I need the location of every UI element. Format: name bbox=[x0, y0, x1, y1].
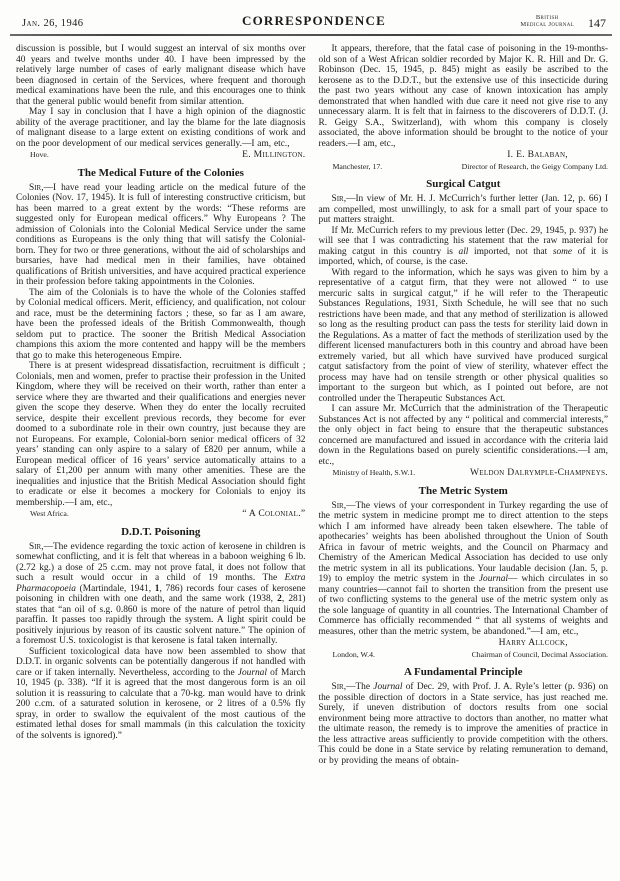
letter-section: Surgical CatgutSir,—In view of Mr. H. J.… bbox=[319, 178, 609, 479]
letter-section: It appears, therefore, that the fatal ca… bbox=[319, 44, 609, 172]
page-number: 147 bbox=[588, 17, 606, 29]
issue-date: Jan. 26, 1946 bbox=[22, 18, 83, 29]
letter-paragraph: I can assure Mr. McCurrich that the admi… bbox=[319, 404, 609, 467]
letter-paragraph: It appears, therefore, that the fatal ca… bbox=[319, 44, 609, 149]
signature-row: Manchester, 17.Director of Research, the… bbox=[319, 162, 609, 173]
two-column-layout: discussion is possible, but I would sugg… bbox=[0, 36, 620, 768]
letter-paragraph: Sir,—The Journal of Dec. 29, with Prof. … bbox=[319, 682, 609, 766]
signature-row: Ministry of Health, S.W.1.Weldon Dalrymp… bbox=[319, 468, 609, 479]
signature-name-row: Harry Allcock, bbox=[319, 638, 609, 649]
signature-name: E. Millington. bbox=[242, 150, 305, 161]
letter-paragraph: discussion is possible, but I would sugg… bbox=[16, 44, 306, 107]
letter-section: D.D.T. PoisoningSir,—The evidence regard… bbox=[16, 526, 306, 742]
signature-role: Director of Research, the Geigy Company … bbox=[462, 162, 608, 173]
signature-name: Harry Allcock, bbox=[499, 637, 568, 648]
signature-row: London, W.4.Chairman of Council, Decimal… bbox=[319, 650, 609, 661]
left-column: discussion is possible, but I would sugg… bbox=[16, 44, 306, 768]
letter-section: A Fundamental PrincipleSir,—The Journal … bbox=[319, 666, 609, 766]
signature-location: West Africa. bbox=[16, 509, 69, 520]
signature-location: Ministry of Health, S.W.1. bbox=[319, 468, 416, 479]
letter-paragraph: With regard to the information, which he… bbox=[319, 268, 609, 405]
letter-section: The Medical Future of the ColoniesSir,—I… bbox=[16, 167, 306, 520]
letter-paragraph: May I say in conclusion that I have a hi… bbox=[16, 107, 306, 149]
letter-heading: The Metric System bbox=[319, 485, 609, 497]
letter-section: discussion is possible, but I would sugg… bbox=[16, 44, 306, 161]
signature-location: Manchester, 17. bbox=[319, 162, 383, 173]
journal-page: Jan. 26, 1946 CORRESPONDENCE British Med… bbox=[0, 0, 620, 881]
journal-info: British Medical Journal 147 bbox=[520, 14, 606, 29]
letter-heading: The Medical Future of the Colonies bbox=[16, 167, 306, 179]
letter-paragraph: The aim of the Colonials is to have the … bbox=[16, 288, 306, 362]
signature-row: Hove.E. Millington. bbox=[16, 150, 306, 161]
letter-paragraph: Sir,—In view of Mr. H. J. McCurrich’s fu… bbox=[319, 194, 609, 226]
journal-name-line2: Medical Journal bbox=[520, 21, 574, 28]
signature-name: “ A Colonial.” bbox=[242, 509, 305, 520]
signature-location: London, W.4. bbox=[319, 650, 375, 661]
signature-name: Weldon Dalrymple-Champneys. bbox=[470, 468, 608, 479]
letter-heading: Surgical Catgut bbox=[319, 178, 609, 190]
page-title: CORRESPONDENCE bbox=[242, 13, 386, 29]
letter-paragraph: Sir,—The evidence regarding the toxic ac… bbox=[16, 542, 306, 647]
letter-paragraph: If Mr. McCurrich refers to my previous l… bbox=[319, 226, 609, 268]
journal-name-line1: British bbox=[536, 14, 559, 21]
page-header: Jan. 26, 1946 CORRESPONDENCE British Med… bbox=[0, 0, 620, 29]
letter-paragraph: Sir,—I have read your leading article on… bbox=[16, 183, 306, 288]
right-column: It appears, therefore, that the fatal ca… bbox=[319, 44, 609, 768]
letter-paragraph: Sufficient toxicological data have now b… bbox=[16, 647, 306, 742]
signature-name-row: I. E. Balaban, bbox=[319, 150, 609, 161]
signature-name: I. E. Balaban, bbox=[507, 149, 568, 160]
letter-paragraph: Sir,—The views of your correspondent in … bbox=[319, 501, 609, 638]
signature-location: Hove. bbox=[16, 150, 49, 161]
letter-heading: D.D.T. Poisoning bbox=[16, 526, 306, 538]
letter-paragraph: There is at present widespread dissatisf… bbox=[16, 361, 306, 508]
letter-heading: A Fundamental Principle bbox=[319, 666, 609, 678]
letter-section: The Metric SystemSir,—The views of your … bbox=[319, 485, 609, 661]
signature-row: West Africa.“ A Colonial.” bbox=[16, 509, 306, 520]
signature-role: Chairman of Council, Decimal Association… bbox=[472, 650, 608, 661]
journal-name: British Medical Journal bbox=[520, 14, 574, 29]
